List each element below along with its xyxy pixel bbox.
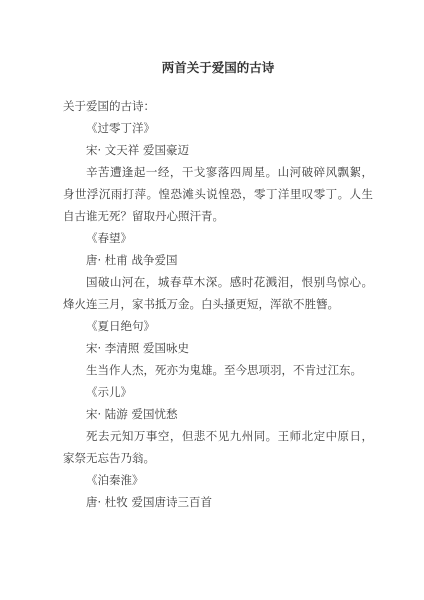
poem-author-line: 宋· 文天祥 爱国豪迈 <box>63 139 373 161</box>
poem-author-line: 唐· 杜甫 战争爱国 <box>63 249 373 271</box>
poem-author-line: 唐· 杜牧 爱国唐诗三百首 <box>63 491 373 513</box>
document-title: 两首关于爱国的古诗 <box>63 57 373 79</box>
poem-title: 《春望》 <box>63 227 373 249</box>
poem-author-line: 宋· 陆游 爱国忧愁 <box>63 403 373 425</box>
intro-line: 关于爱国的古诗： <box>63 95 373 117</box>
document-page: 两首关于爱国的古诗 关于爱国的古诗： 《过零丁洋》 宋· 文天祥 爱国豪迈 辛苦… <box>0 0 424 600</box>
poem-section-guolingdingyang: 《过零丁洋》 宋· 文天祥 爱国豪迈 辛苦遭逢起一经，干戈寥落四周星。山河破碎风… <box>63 117 373 227</box>
poem-section-boqinhuai: 《泊秦淮》 唐· 杜牧 爱国唐诗三百首 <box>63 469 373 513</box>
poem-body: 辛苦遭逢起一经，干戈寥落四周星。山河破碎风飘絮，身世浮沉雨打萍。惶恐滩头说惶恐，… <box>63 161 373 227</box>
poem-title: 《泊秦淮》 <box>63 469 373 491</box>
poem-section-chunwang: 《春望》 唐· 杜甫 战争爱国 国破山河在，城春草木深。感时花溅泪，恨别鸟惊心。… <box>63 227 373 315</box>
poem-author-line: 宋· 李清照 爱国咏史 <box>63 337 373 359</box>
poem-body: 死去元知万事空，但悲不见九州同。王师北定中原日，家祭无忘告乃翁。 <box>63 425 373 469</box>
poem-title: 《示儿》 <box>63 381 373 403</box>
poem-title: 《过零丁洋》 <box>63 117 373 139</box>
poem-section-xiarijueju: 《夏日绝句》 宋· 李清照 爱国咏史 生当作人杰，死亦为鬼雄。至今思项羽，不肯过… <box>63 315 373 381</box>
poem-title: 《夏日绝句》 <box>63 315 373 337</box>
poem-body: 生当作人杰，死亦为鬼雄。至今思项羽，不肯过江东。 <box>63 359 373 381</box>
poem-body: 国破山河在，城春草木深。感时花溅泪，恨别鸟惊心。烽火连三月，家书抵万金。白头搔更… <box>63 271 373 315</box>
poem-section-shier: 《示儿》 宋· 陆游 爱国忧愁 死去元知万事空，但悲不见九州同。王师北定中原日，… <box>63 381 373 469</box>
